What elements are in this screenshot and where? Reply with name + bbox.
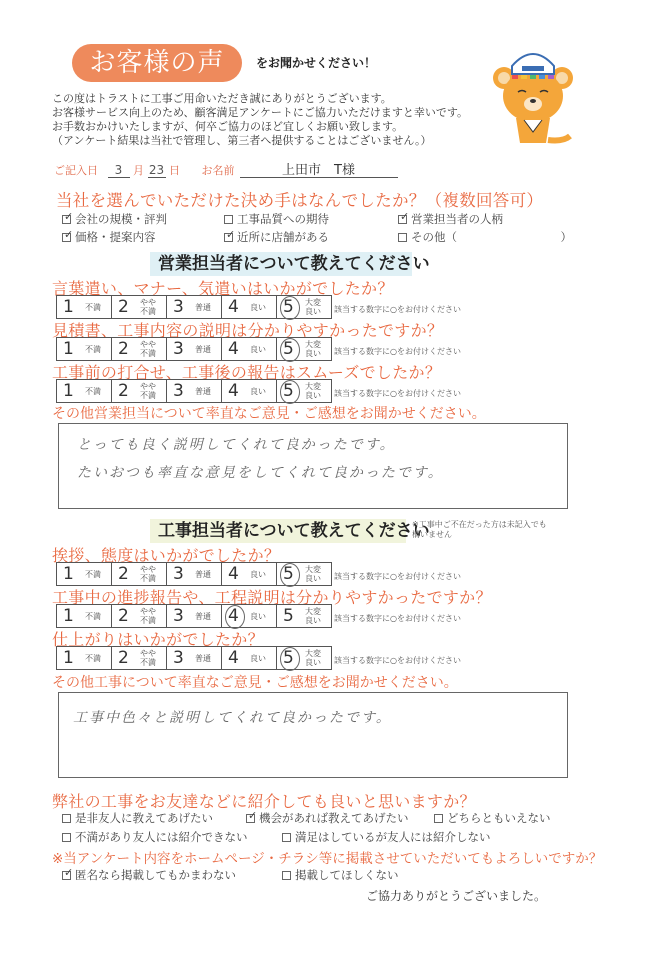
checkbox[interactable] bbox=[62, 833, 71, 842]
rating-option-5-selected[interactable]: 5大変良い bbox=[277, 563, 331, 585]
checkbox[interactable] bbox=[62, 233, 71, 242]
rating-option-3[interactable]: 3普通 bbox=[167, 563, 222, 585]
intro-line: この度はトラストに工事ご用命いただき誠にありがとうございます。 bbox=[52, 92, 502, 106]
rating-option-5-selected[interactable]: 5大変良い bbox=[277, 380, 331, 402]
rating-option-1[interactable]: 1不満 bbox=[57, 647, 112, 669]
page-subtitle: をお聞かせください！ bbox=[256, 54, 376, 71]
intro-line: お客様サービス向上のため、顧客満足アンケートにご協力いただけますと幸いです。 bbox=[52, 106, 502, 120]
reason-question: 当社を選んでいただけた決め手はなんでしたか？（複数回答可） bbox=[56, 187, 543, 211]
publish-question: ※当アンケート内容をホームページ・チラシ等に掲載させていただいてもよろしいですか… bbox=[52, 847, 602, 867]
rating-hint: 該当する数字に○をお付けください bbox=[334, 655, 461, 666]
date-field: ご記入日 3 月 23 日 お名前 bbox=[54, 162, 235, 178]
comment-line: 工事中色々と説明してくれて良かったです。 bbox=[73, 707, 392, 727]
sales-section-title: 営業担当者について教えてください bbox=[150, 252, 412, 276]
rating-option-2[interactable]: 2やや不満 bbox=[112, 563, 167, 585]
rating-option-1[interactable]: 1不満 bbox=[57, 338, 112, 360]
rating-hint: 該当する数字に○をお付けください bbox=[334, 388, 461, 399]
rating-option-3[interactable]: 3普通 bbox=[167, 605, 222, 627]
month-label: 月 bbox=[133, 164, 144, 177]
rating-option-3[interactable]: 3普通 bbox=[167, 380, 222, 402]
rating-option-2[interactable]: 2やや不満 bbox=[112, 380, 167, 402]
checkbox[interactable] bbox=[398, 215, 407, 224]
day-input[interactable]: 23 bbox=[148, 163, 166, 178]
rating-option-4[interactable]: 4良い bbox=[222, 296, 277, 318]
construction-comment-prompt: その他工事について率直なご意見・ご感想をお聞かせください。 bbox=[52, 672, 458, 692]
referral-option[interactable]: 満足はしているが友人には紹介しない bbox=[282, 829, 491, 845]
checkbox[interactable] bbox=[246, 814, 255, 823]
rating-scale: 1不満 2やや不満 3普通 4良い 5大変良い bbox=[56, 295, 332, 319]
rating-option-4[interactable]: 4良い bbox=[222, 563, 277, 585]
month-input[interactable]: 3 bbox=[108, 163, 130, 178]
checkbox[interactable] bbox=[62, 814, 71, 823]
rating-hint: 該当する数字に○をお付けください bbox=[334, 304, 461, 315]
reason-option[interactable]: 工事品質への期待 bbox=[224, 211, 329, 227]
intro-text: この度はトラストに工事ご用命いただき誠にありがとうございます。 お客様サービス向… bbox=[52, 92, 502, 148]
rating-scale: 1不満 2やや不満 3普通 4良い 5大変良い bbox=[56, 646, 332, 670]
rating-option-1[interactable]: 1不満 bbox=[57, 605, 112, 627]
date-label: ご記入日 bbox=[54, 164, 98, 177]
page-title: お客様の声 bbox=[72, 44, 242, 82]
rating-option-3[interactable]: 3普通 bbox=[167, 296, 222, 318]
rating-hint: 該当する数字に○をお付けください bbox=[334, 613, 461, 624]
checkbox[interactable] bbox=[224, 215, 233, 224]
checkbox[interactable] bbox=[434, 814, 443, 823]
checkbox[interactable] bbox=[398, 233, 407, 242]
name-input[interactable]: 上田市 T様 bbox=[282, 159, 355, 178]
rating-scale: 1不満 2やや不満 3普通 4良い 5大変良い bbox=[56, 379, 332, 403]
name-label: お名前 bbox=[202, 164, 235, 177]
intro-line: （アンケート結果は当社で管理し、第三者へ提供することはございません。） bbox=[52, 134, 502, 148]
rating-option-2[interactable]: 2やや不満 bbox=[112, 338, 167, 360]
referral-question: 弊社の工事をお友達などに紹介しても良いと思いますか？ bbox=[52, 789, 476, 812]
rating-option-3[interactable]: 3普通 bbox=[167, 647, 222, 669]
bear-mascot-icon bbox=[488, 48, 578, 148]
rating-option-5[interactable]: 5大変良い bbox=[277, 605, 331, 627]
rating-option-1[interactable]: 1不満 bbox=[57, 563, 112, 585]
rating-option-1[interactable]: 1不満 bbox=[57, 296, 112, 318]
reason-option[interactable]: 価格・提案内容 bbox=[62, 229, 156, 245]
construction-section-title: 工事担当者について教えてください bbox=[150, 519, 406, 543]
construction-comment-textarea[interactable]: 工事中色々と説明してくれて良かったです。 bbox=[58, 692, 568, 778]
referral-option[interactable]: どちらともいえない bbox=[434, 810, 551, 826]
checkbox[interactable] bbox=[62, 215, 71, 224]
referral-option[interactable]: 不満があり友人には紹介できない bbox=[62, 829, 248, 845]
reason-option[interactable]: 営業担当者の人柄 bbox=[398, 211, 503, 227]
name-underline bbox=[240, 177, 398, 178]
rating-option-2[interactable]: 2やや不満 bbox=[112, 296, 167, 318]
rating-scale: 1不満 2やや不満 3普通 4良い 5大変良い bbox=[56, 562, 332, 586]
rating-hint: 該当する数字に○をお付けください bbox=[334, 346, 461, 357]
construction-note: ※工事中ご不在だった方は未記入でも 構いません bbox=[412, 520, 547, 540]
checkbox[interactable] bbox=[282, 833, 291, 842]
rating-scale: 1不満 2やや不満 3普通 4良い 5大変良い bbox=[56, 604, 332, 628]
rating-option-5-selected[interactable]: 5大変良い bbox=[277, 296, 331, 318]
rating-option-3[interactable]: 3普通 bbox=[167, 338, 222, 360]
comment-line: たいおつも率直な意見をしてくれて良かったです。 bbox=[77, 462, 444, 482]
rating-option-1[interactable]: 1不満 bbox=[57, 380, 112, 402]
rating-option-4[interactable]: 4良い bbox=[222, 380, 277, 402]
checkbox[interactable] bbox=[62, 871, 71, 880]
rating-option-2[interactable]: 2やや不満 bbox=[112, 605, 167, 627]
intro-line: お手数おかけいたしますが、何卒ご協力のほど宜しくお願い致します。 bbox=[52, 120, 502, 134]
rating-option-5-selected[interactable]: 5大変良い bbox=[277, 647, 331, 669]
comment-line: とっても良く説明してくれて良かったです。 bbox=[77, 434, 396, 454]
checkbox[interactable] bbox=[282, 871, 291, 880]
rating-hint: 該当する数字に○をお付けください bbox=[334, 571, 461, 582]
day-label: 日 bbox=[169, 164, 180, 177]
rating-option-4[interactable]: 4良い bbox=[222, 647, 277, 669]
reason-option-other[interactable]: その他（ ） bbox=[398, 229, 572, 245]
rating-option-5-selected[interactable]: 5大変良い bbox=[277, 338, 331, 360]
rating-option-4[interactable]: 4良い bbox=[222, 338, 277, 360]
publish-option[interactable]: 掲載してほしくない bbox=[282, 867, 399, 883]
rating-scale: 1不満 2やや不満 3普通 4良い 5大変良い bbox=[56, 337, 332, 361]
sales-comment-textarea[interactable]: とっても良く説明してくれて良かったです。 たいおつも率直な意見をしてくれて良かっ… bbox=[58, 423, 568, 509]
referral-option[interactable]: 是非友人に教えてあげたい bbox=[62, 810, 213, 826]
checkbox[interactable] bbox=[224, 233, 233, 242]
rating-option-4-selected[interactable]: 4良い bbox=[222, 605, 277, 627]
referral-option[interactable]: 機会があれば教えてあげたい bbox=[246, 810, 409, 826]
reason-option[interactable]: 会社の規模・評判 bbox=[62, 211, 167, 227]
rating-option-2[interactable]: 2やや不満 bbox=[112, 647, 167, 669]
publish-option[interactable]: 匿名なら掲載してもかまわない bbox=[62, 867, 236, 883]
thanks-message: ご協力ありがとうございました。 bbox=[366, 887, 546, 904]
sales-comment-prompt: その他営業担当について率直なご意見・ご感想をお聞かせください。 bbox=[52, 403, 486, 423]
reason-option[interactable]: 近所に店舗がある bbox=[224, 229, 329, 245]
